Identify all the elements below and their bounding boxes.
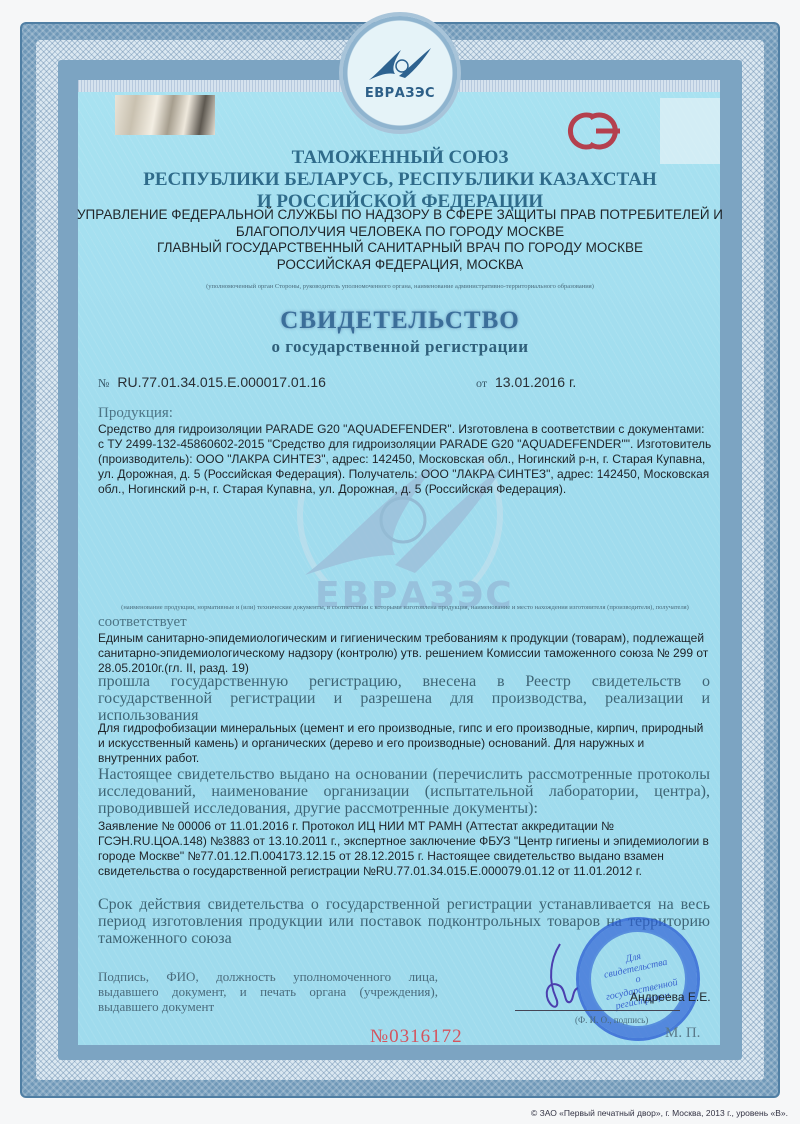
agency-line: ГЛАВНЫЙ ГОСУДАРСТВЕННЫЙ САНИТАРНЫЙ ВРАЧ … [70,240,730,257]
agency-line: УПРАВЛЕНИЕ ФЕДЕРАЛЬНОЙ СЛУЖБЫ ПО НАДЗОРУ… [70,207,730,224]
eurasec-emblem: ЕВРАЗЭС [343,16,457,130]
certificate-subtitle: о государственной регистрации [90,337,710,357]
number-label: № [98,376,109,390]
compliance-section: соответствует Единым санитарно-эпидемиол… [98,614,713,676]
union-title-line: РЕСПУБЛИКИ БЕЛАРУСЬ, РЕСПУБЛИКИ КАЗАХСТА… [90,169,710,191]
product-description: Средство для гидроизоляции PARADE G20 "A… [98,422,713,497]
compliance-label: соответствует [98,614,713,631]
emblem-label: ЕВРАЗЭС [365,86,435,101]
agency-line: БЛАГОПОЛУЧИЯ ЧЕЛОВЕКА ПО ГОРОДУ МОСКВЕ [70,224,730,241]
signatory-name: Андреева Е.Е. [630,990,711,1004]
eurasec-logo-icon [365,46,435,82]
registration-statement: прошла государственную регистрацию, внес… [98,673,710,724]
registration-number: RU.77.01.34.015.Е.000017.01.16 [117,374,326,390]
product-caption: (наименование продукции, нормативные и (… [95,604,715,611]
date-group: от 13.01.2016 г. [476,374,576,391]
usage-text: Для гидрофобизации минеральных (цемент и… [98,721,710,766]
date-label: от [476,376,487,390]
product-label: Продукция: [98,405,713,422]
signature-label: Подпись, ФИО, должность уполномоченного … [98,969,438,1014]
serial-number: №0316172 [370,1026,463,1048]
agency-line: РОССИЙСКАЯ ФЕДЕРАЦИЯ, МОСКВА [70,257,730,274]
signature-line [515,1010,680,1011]
basis-label: Настоящее свидетельство выдано на основа… [98,766,710,817]
registration-number-line: № RU.77.01.34.015.Е.000017.01.16 от 13.0… [98,374,718,391]
signature-caption: (Ф. И. О., подпись) [575,1015,648,1025]
issuing-agency: УПРАВЛЕНИЕ ФЕДЕРАЛЬНОЙ СЛУЖБЫ ПО НАДЗОРУ… [70,207,730,273]
hologram-sticker [115,95,215,135]
union-title: ТАМОЖЕННЫЙ СОЮЗ РЕСПУБЛИКИ БЕЛАРУСЬ, РЕС… [90,147,710,213]
printer-note: © ЗАО «Первый печатный двор», г. Москва,… [531,1108,788,1118]
compliance-text: Единым санитарно-эпидемиологическим и ги… [98,631,713,676]
certificate-title: СВИДЕТЕЛЬСТВО [90,307,710,335]
agency-caption: (уполномоченный орган Стороны, руководит… [90,283,710,290]
basis-text: Заявление № 00006 от 11.01.2016 г. Прото… [98,819,713,879]
union-title-line: ТАМОЖЕННЫЙ СОЮЗ [90,147,710,169]
registration-date: 13.01.2016 г. [495,374,576,390]
seal-label: М. П. [665,1025,700,1042]
product-section: Продукция: Средство для гидроизоляции PA… [98,405,713,497]
